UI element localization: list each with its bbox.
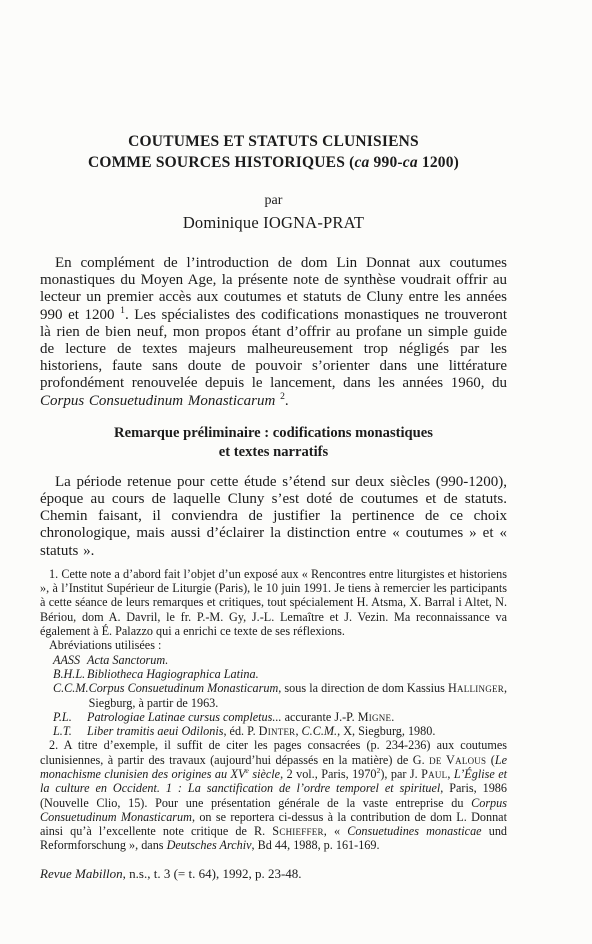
abbreviation-entry-pl: P.L. Patrologiae Latinae cursus completu…: [40, 710, 507, 724]
period-paragraph: La période retenue pour cette étude s’ét…: [40, 474, 507, 560]
byline-par: par: [40, 193, 507, 209]
journal-reference: Revue Mabillon, n.s., t. 3 (= t. 64), 19…: [40, 866, 507, 882]
abbreviation-entry-ccm: C.C.M. Corpus Consuetudinum Monasticarum…: [40, 681, 507, 710]
abbreviation-entry-lt: L.T. Liber tramitis aeui Odilonis, éd. P…: [40, 724, 507, 738]
abbreviation-definition: Patrologiae Latinae cursus completus... …: [87, 710, 507, 724]
abbreviation-entry-aass: AASS Acta Sanctorum.: [40, 653, 507, 667]
abbreviation-definition: Liber tramitis aeui Odilonis, éd. P. Din…: [87, 724, 507, 738]
footnotes-block: 1. Cette note a d’abord fait l’objet d’u…: [40, 567, 507, 853]
author-name: Dominique IOGNA-PRAT: [40, 214, 507, 232]
abbreviation-label: P.L.: [53, 710, 87, 724]
scanned-paper-page: COUTUMES ET STATUTS CLUNISIENS COMME SOU…: [0, 0, 592, 944]
abbreviation-label: B.H.L.: [53, 667, 87, 681]
section-heading: Remarque préliminaire : codifications mo…: [40, 424, 507, 462]
article-title: COUTUMES ET STATUTS CLUNISIENS COMME SOU…: [40, 131, 507, 173]
footnote-2: 2. A titre d’exemple, il suffit de citer…: [40, 738, 507, 852]
abbreviation-label: AASS: [53, 653, 87, 667]
section-heading-line2: et textes narratifs: [40, 443, 507, 462]
intro-paragraph: En complément de l’introduction de dom L…: [40, 255, 507, 410]
abbreviation-label: C.C.M.: [53, 681, 89, 710]
section-heading-line1: Remarque préliminaire : codifications mo…: [40, 424, 507, 443]
abbreviation-label: L.T.: [53, 724, 87, 738]
article-title-line2: COMME SOURCES HISTORIQUES (ca 990-ca 120…: [40, 152, 507, 173]
abbreviation-entry-bhl: B.H.L. Bibliotheca Hagiographica Latina.: [40, 667, 507, 681]
abbreviation-definition: Corpus Consuetudinum Monasticarum, sous …: [89, 681, 507, 710]
abbreviation-definition: Bibliotheca Hagiographica Latina.: [87, 667, 507, 681]
abbreviations-heading: Abréviations utilisées :: [40, 638, 507, 652]
article-title-line1: COUTUMES ET STATUTS CLUNISIENS: [40, 131, 507, 152]
abbreviation-definition: Acta Sanctorum.: [87, 653, 507, 667]
footnote-1: 1. Cette note a d’abord fait l’objet d’u…: [40, 567, 507, 638]
